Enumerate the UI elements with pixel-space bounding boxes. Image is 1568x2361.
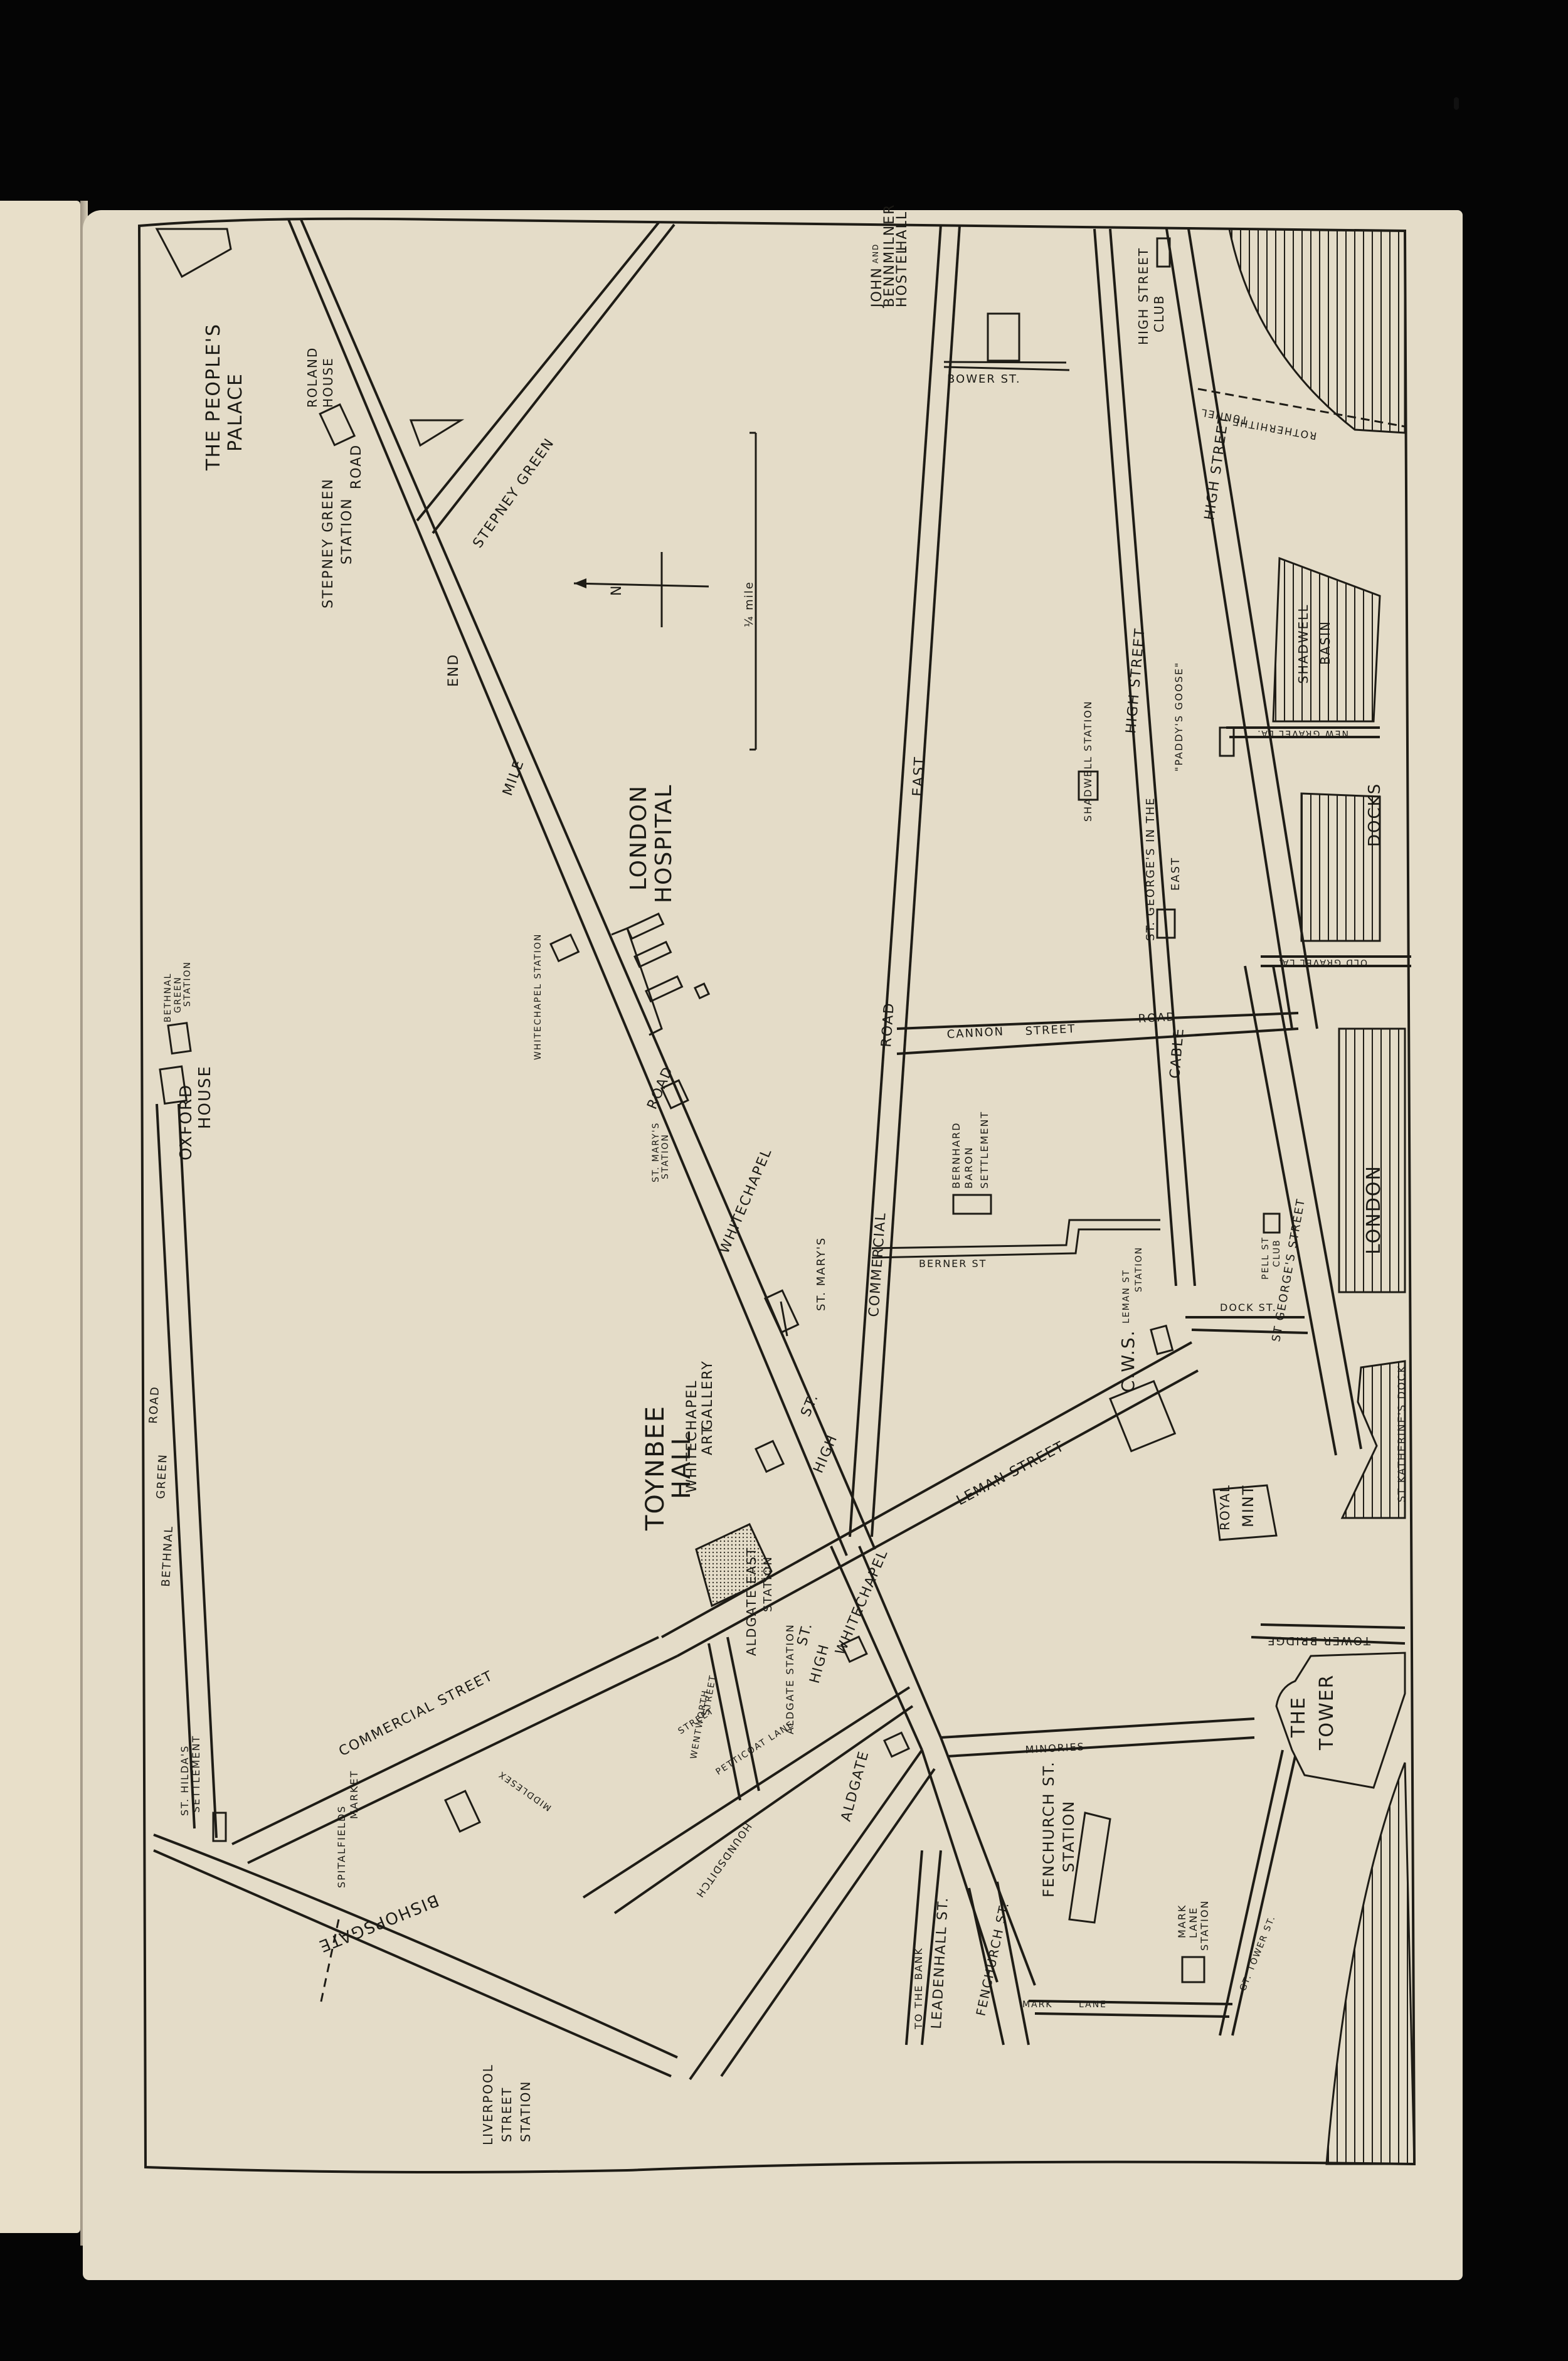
label-oxford-house-1: OXFORD: [177, 1084, 196, 1160]
spitalfields-market-building: [445, 1791, 480, 1832]
label-mark-lane-station-2: LANE: [1187, 1907, 1199, 1938]
whitechapel-art-gallery-building: [756, 1441, 783, 1472]
label-roland-house-1: ROLAND: [305, 347, 320, 408]
label-st-hildas-1: ST. HILDA'S: [179, 1745, 191, 1816]
leman-st-station-building: [1151, 1326, 1173, 1354]
label-toynbee-hall-2: HALL: [667, 1430, 696, 1499]
label-st-marys-station-2: STATION: [660, 1133, 670, 1179]
label-aldgate-station: ALDGATE STATION: [784, 1623, 796, 1734]
street-commercial-street: COMMERCIAL STREET: [336, 1668, 495, 1759]
label-mark-lane-station-1: MARK: [1176, 1904, 1188, 1938]
street-cannon: CANNON: [946, 1025, 1004, 1041]
street-houndsditch: HOUNDSDITCH: [693, 1821, 754, 1901]
street-aldgate-high-st-1: ALDGATE: [839, 1749, 872, 1823]
label-peoples-palace-2: PALACE: [225, 373, 246, 452]
street-middlesex-1: MIDDLESEX: [496, 1769, 553, 1813]
label-spitalfields-1: SPITALFIELDS: [336, 1805, 347, 1888]
street-whitechapel-high-st-2: HIGH: [811, 1432, 841, 1475]
label-bernhard-baron-1: BERNHARD: [950, 1122, 962, 1189]
label-docks: DOCKS: [1365, 783, 1384, 847]
label-pell-st-club-1: PELL ST: [1261, 1236, 1271, 1280]
label-bernhard-baron-3: SETTLEMENT: [978, 1111, 990, 1189]
label-st-hildas-2: SETTLEMENT: [190, 1735, 202, 1813]
label-high-street-club-1: HIGH STREET: [1136, 247, 1151, 345]
label-milner-hall-2: HALL: [894, 211, 910, 251]
street-old-gravel-la: OLD GRAVEL LA.: [1278, 957, 1367, 967]
north-label: N: [609, 585, 625, 596]
gt-tower-st-road: [1220, 1750, 1295, 2035]
bishopsgate-road: [154, 1835, 677, 2076]
label-shadwell-basin-2: BASIN: [1318, 620, 1333, 665]
street-commercial-road-1: COMMERCIAL: [866, 1211, 889, 1317]
commercial-street-road: [232, 1637, 677, 1863]
label-st-marys-station-1: ST. MARY'S: [651, 1122, 661, 1182]
label-peoples-palace-1: THE PEOPLE'S: [203, 323, 225, 471]
label-whitechapel-station: WHITECHAPEL STATION: [533, 933, 543, 1060]
bethnal-green-station-building: [168, 1023, 191, 1054]
label-st-marys: ST. MARY'S: [815, 1237, 828, 1311]
street-mile-end-road-1: ROAD: [349, 444, 364, 489]
label-liverpool-street-2: STREET: [499, 2087, 514, 2142]
scale-label: ¼ mile: [743, 581, 756, 627]
label-paddys-goose: "PADDY'S GOOSE": [1173, 662, 1185, 772]
label-liverpool-street-3: STATION: [518, 2081, 533, 2142]
street-bishopsgate: BISHOPSGATE: [315, 1891, 442, 1956]
label-aldgate-east-1: ALDGATE EAST: [744, 1547, 759, 1656]
whitechapel-station-building: [551, 935, 578, 961]
street-mark-lane-2: LANE: [1079, 2000, 1107, 2010]
label-the-tower-2: TOWER: [1316, 1674, 1338, 1751]
street-berner-st: BERNER ST: [919, 1258, 987, 1270]
label-liverpool-street-1: LIVERPOOL: [480, 2064, 495, 2145]
street-cable-road: ROAD: [1138, 1011, 1177, 1026]
label-st-katherines-dock: ST KATHERINE'S DOCK: [1396, 1365, 1407, 1502]
page-tab-mark: [1454, 97, 1459, 110]
river-lower-hatch: [1327, 1763, 1414, 2164]
street-aldgate-high-st-2: HIGH: [807, 1642, 833, 1685]
label-pell-st-club-2: CLUB: [1272, 1239, 1282, 1267]
label-leman-st-station-1: LEMAN ST: [1121, 1269, 1131, 1324]
roland-house-building: [411, 420, 461, 445]
street-cable: CABLE: [1167, 1027, 1187, 1080]
label-bethnal-green-station-3: STATION: [183, 961, 193, 1007]
label-stepney-green-station-1: STEPNEY GREEN: [320, 478, 336, 608]
commercial-road: [850, 225, 960, 1537]
street-leman-street: LEMAN STREET: [954, 1438, 1067, 1509]
label-london-docks: LONDON: [1363, 1165, 1385, 1255]
mark-lane-station-building: [1182, 1957, 1204, 1982]
label-st-georges-1: ST. GEORGE'S IN THE: [1144, 797, 1157, 941]
label-london-hospital-1: LONDON: [626, 785, 652, 891]
label-mark-lane-station-3: STATION: [1199, 1900, 1210, 1951]
label-shadwell-station: SHADWELL STATION: [1082, 700, 1094, 822]
street-stepney-green: STEPNEY GREEN: [470, 435, 558, 551]
wentworth-street-road: [709, 1637, 759, 1800]
street-whitechapel-road-2: ROAD: [645, 1064, 677, 1112]
label-oxford-house-2: HOUSE: [196, 1065, 215, 1129]
street-tower-bridge: TOWER BRIDGE: [1266, 1634, 1371, 1647]
label-royal-mint-2: MINT: [1239, 1485, 1257, 1527]
london-hospital-wing-1: [627, 914, 663, 939]
peoples-palace-building: [157, 229, 231, 277]
label-shadwell-basin-1: SHADWELL: [1296, 603, 1311, 684]
label-toynbee-hall-1: TOYNBEE: [641, 1405, 670, 1531]
berner-st-road: [872, 1220, 1160, 1258]
minories-road: [941, 1719, 1254, 1756]
toynbee-hall-building: [696, 1524, 771, 1606]
label-the-tower-1: THE: [1288, 1696, 1310, 1738]
london-hospital-annex: [695, 984, 709, 998]
bernhard-baron-building: [953, 1195, 991, 1214]
john-benn-hostel-building: [988, 314, 1019, 361]
aldgate-station-building: [884, 1732, 909, 1756]
street-minories: MINORIES: [1025, 1741, 1085, 1756]
street-cannon-street: STREET: [1025, 1022, 1076, 1038]
pell-st-club-building: [1264, 1214, 1279, 1233]
north-arrow: [574, 552, 709, 627]
label-milner-and: AND: [871, 243, 880, 263]
label-st-georges-2: EAST: [1169, 857, 1182, 891]
street-east: EAST: [910, 756, 928, 797]
street-bethnal-green-3: ROAD: [147, 1386, 162, 1425]
river-thames-hatch: [1229, 229, 1405, 433]
label-stepney-green-station-2: STATION: [339, 497, 355, 565]
street-bethnal-green-2: GREEN: [154, 1453, 170, 1500]
paddys-goose-building: [1220, 728, 1234, 756]
label-fenchurch-station-1: FENCHURCH ST.: [1040, 1761, 1057, 1897]
bower-st-road: [944, 362, 1069, 370]
middlesex-street-road: [583, 1687, 913, 1913]
street-aldgate-high-st-3: ST.: [795, 1621, 816, 1648]
label-fenchurch-station-2: STATION: [1060, 1800, 1078, 1872]
label-royal-mint-1: ROYAL: [1217, 1484, 1232, 1531]
label-aldgate-east-2: STATION: [761, 1556, 775, 1612]
street-mile-end-road-3: MILE: [500, 757, 527, 798]
label-high-street-club-2: CLUB: [1152, 295, 1167, 332]
mile-end-road: [289, 220, 875, 1556]
street-commercial-road-2: ROAD: [879, 1002, 898, 1048]
street-mark-lane-1: MARK: [1022, 2000, 1053, 2010]
street-dock-st: DOCK ST.: [1220, 1302, 1277, 1313]
label-london-hospital-2: HOSPITAL: [651, 784, 677, 903]
street-bethnal-green-1: BETHNAL: [159, 1525, 176, 1587]
label-bethnal-green-station-2: GREEN: [173, 976, 183, 1013]
label-bethnal-green-station-1: BETHNAL: [163, 973, 173, 1022]
street-mile-end-road-2: END: [446, 654, 462, 687]
dock-st-road: [1185, 1317, 1308, 1333]
st-marys-church-building: [765, 1290, 798, 1332]
label-cws: C.W.S.: [1118, 1330, 1138, 1393]
map-drawing: N ¼ mile THE PEOPLE'S PALACE STEPNEY GRE…: [0, 0, 1568, 2361]
label-rotherhithe: ROTHERHITHE: [1231, 415, 1318, 442]
stepney-green-road: [417, 223, 674, 533]
houndsditch-road: [690, 1750, 935, 2079]
label-roland-house-2: HOUSE: [320, 357, 336, 408]
label-spitalfields-2: MARKET: [348, 1770, 360, 1819]
london-hospital-building: [612, 928, 662, 1035]
stepney-green-station-building: [320, 405, 354, 445]
label-to-the-bank: TO THE BANK: [913, 1947, 924, 2030]
label-leman-st-station-2: STATION: [1134, 1246, 1144, 1292]
label-bernhard-baron-2: BARON: [963, 1146, 975, 1189]
mark-lane-road: [1029, 2001, 1232, 2017]
street-bower-st: BOWER ST.: [947, 373, 1021, 386]
street-leadenhall: LEADENHALL ST.: [929, 1896, 951, 2029]
label-art-gallery-3: GALLERY: [700, 1360, 716, 1430]
street-new-gravel-la: NEW GRAVEL LA.: [1256, 728, 1348, 738]
